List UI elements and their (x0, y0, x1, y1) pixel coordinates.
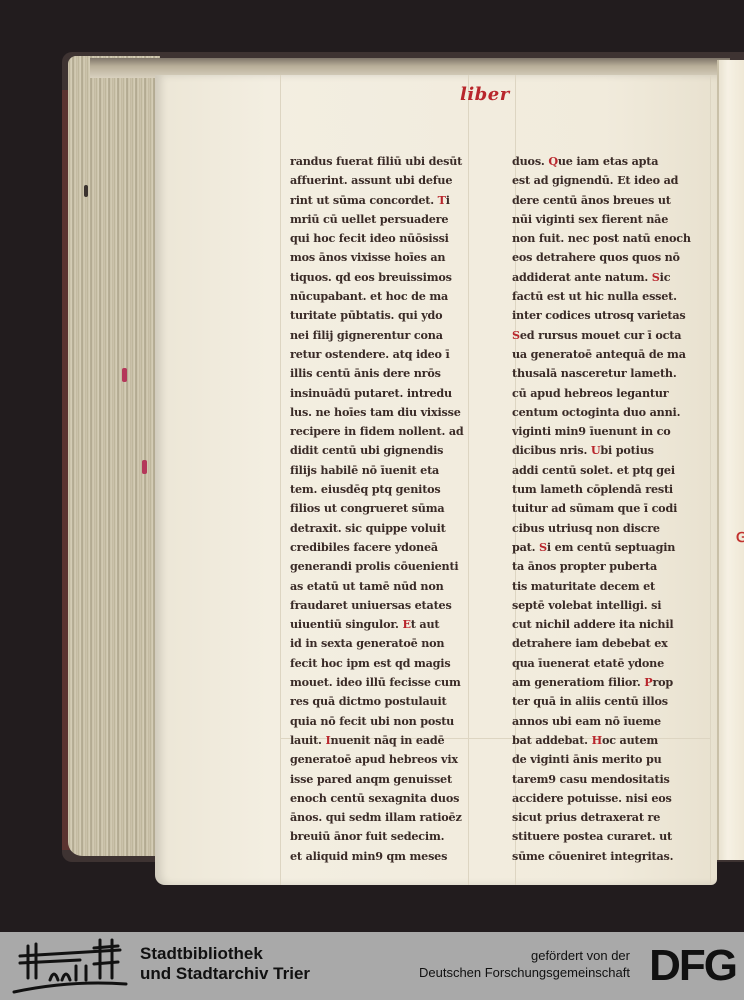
manuscript-line: septē volebat intelligi. si (512, 596, 727, 615)
manuscript-line: cū apud hebreos legantur (512, 384, 727, 403)
dfg-logo: DFG (649, 942, 736, 990)
text-column-right: duos. Que iam etas aptaest ad gignendū. … (512, 152, 727, 866)
manuscript-line: mouet. ideo illū fecisse cum (290, 673, 505, 692)
manuscript-line: dere centū ānos breues ut (512, 191, 727, 210)
manuscript-line: breuiū ānor fuit sedecim. (290, 827, 505, 846)
rubric-initial: E (402, 617, 410, 631)
manuscript-line: centum octoginta duo anni. (512, 403, 727, 422)
manuscript-line: inter codices utrosq varietas (512, 306, 727, 325)
manuscript-line: ānos. qui sedm illam ratioēz (290, 808, 505, 827)
rubric-initial: T (438, 193, 446, 207)
manuscript-line: est ad gignendū. Et ideo ad (512, 171, 727, 190)
footer-banner: Stadtbibliothek und Stadtarchiv Trier ge… (0, 932, 744, 1000)
manuscript-line: generandi prolis cōuenienti (290, 557, 505, 576)
rubric-initial: U (591, 443, 601, 457)
manuscript-line: qui hoc fecit ideo nūōsissi (290, 229, 505, 248)
manuscript-line: am generatiom filior. Prop (512, 673, 727, 692)
manuscript-line: accidere potuisse. nisi eos (512, 789, 727, 808)
manuscript-line: quia nō fecit ubi non postu (290, 712, 505, 731)
manuscript-line: res quā dictmo postulauit (290, 692, 505, 711)
funding-credit: gefördert von der Deutschen Forschungsge… (419, 947, 630, 981)
manuscript-line: affuerint. assunt ubi defue (290, 171, 505, 190)
manuscript-line: tum lameth cōplendā resti (512, 480, 727, 499)
facing-page-rubric: 𝖦 (736, 530, 744, 546)
clasp-marker (84, 185, 88, 197)
manuscript-line: nūi viginti sex fierent nāe (512, 210, 727, 229)
manuscript-line: de viginti ānis merito pu (512, 750, 727, 769)
funding-credit-line2: Deutschen Forschungsgemeinschaft (419, 964, 630, 981)
manuscript-line: mriū cū uellet persuadere (290, 210, 505, 229)
page-block-edges (68, 56, 160, 856)
manuscript-line: sicut prius detraxerat re (512, 808, 727, 827)
rubric-initial: P (644, 675, 652, 689)
manuscript-line: tis maturitate decem et (512, 577, 727, 596)
manuscript-line: non fuit. nec post natū enoch (512, 229, 727, 248)
manuscript-line: cibus utriusq non discre (512, 519, 727, 538)
manuscript-line: detraxit. sic quippe voluit (290, 519, 505, 538)
running-head: liber (460, 84, 510, 105)
manuscript-line: didit centū ubi gignendis (290, 441, 505, 460)
rubric-initial: H (592, 733, 602, 747)
manuscript-line: ua generatoē antequā de ma (512, 345, 727, 364)
manuscript-line: filijs habilē nō īuenit eta (290, 461, 505, 480)
manuscript-line: annos ubi eam nō īueme (512, 712, 727, 731)
manuscript-line: rint ut sūma concordet. Ti (290, 191, 505, 210)
red-tab-marker (142, 460, 147, 474)
manuscript-line: ter quā in aliis centū illos (512, 692, 727, 711)
manuscript-line: qua īuenerat etatē ydone (512, 654, 727, 673)
manuscript-line: addiderat ante natum. Sic (512, 268, 727, 287)
manuscript-line: uiuentiū singulor. Et aut (290, 615, 505, 634)
library-name-line1: Stadtbibliothek (140, 944, 310, 964)
rubric-initial: S (512, 328, 520, 342)
manuscript-scan: 𝖦 liber randus fuerat filiū ubi desūtaff… (0, 0, 744, 932)
manuscript-line: mos ānos vixisse hoīes an (290, 248, 505, 267)
manuscript-line: tuitur ad sūmam que ī codi (512, 499, 727, 518)
manuscript-line: tem. eiusdēq ptq genitos (290, 480, 505, 499)
manuscript-line: addi centū solet. et ptq gei (512, 461, 727, 480)
manuscript-line: Sed rursus mouet cur ī octa (512, 326, 727, 345)
manuscript-line: isse pared anqm genuisset (290, 770, 505, 789)
manuscript-line: tiquos. qd eos breuissimos (290, 268, 505, 287)
rubric-initial: S (539, 540, 547, 554)
manuscript-line: pat. Si em centū septuagin (512, 538, 727, 557)
funding-credit-line1: gefördert von der (419, 947, 630, 964)
manuscript-line: as etatū ut tamē nūd non (290, 577, 505, 596)
manuscript-line: tarem9 casu mendositatis (512, 770, 727, 789)
manuscript-line: detrahere iam debebat ex (512, 634, 727, 653)
manuscript-line: lus. ne hoīes tam diu vixisse (290, 403, 505, 422)
stadtbibliothek-logo-icon (10, 936, 130, 996)
rubric-initial: I (325, 733, 330, 747)
manuscript-line: dicibus nris. Ubi potius (512, 441, 727, 460)
library-name: Stadtbibliothek und Stadtarchiv Trier (140, 944, 310, 984)
manuscript-line: credibiles facere ydoneā (290, 538, 505, 557)
manuscript-line: fecit hoc ipm est qd magis (290, 654, 505, 673)
manuscript-line: et aliquid min9 qm meses (290, 847, 505, 866)
manuscript-line: lauit. Inuenit nāq in eadē (290, 731, 505, 750)
manuscript-line: eos detrahere quos quos nō (512, 248, 727, 267)
manuscript-line: randus fuerat filiū ubi desūt (290, 152, 505, 171)
rubric-initial: Q (548, 154, 558, 168)
text-column-left: randus fuerat filiū ubi desūtaffuerint. … (290, 152, 505, 866)
manuscript-line: nei filij gignerentur cona (290, 326, 505, 345)
manuscript-line: enoch centū sexagnita duos (290, 789, 505, 808)
red-tab-marker (122, 368, 127, 382)
manuscript-line: bat addebat. Hoc autem (512, 731, 727, 750)
manuscript-line: duos. Que iam etas apta (512, 152, 727, 171)
manuscript-line: retur ostendere. atq ideo ī (290, 345, 505, 364)
rubric-initial: S (652, 270, 660, 284)
manuscript-line: stituere postea curaret. ut (512, 827, 727, 846)
manuscript-line: insinuādū putaret. intredu (290, 384, 505, 403)
manuscript-line: filios ut congrueret sūma (290, 499, 505, 518)
manuscript-line: id in sexta generatoē non (290, 634, 505, 653)
manuscript-line: thusalā nasceretur lameth. (512, 364, 727, 383)
manuscript-line: cut nichil addere ita nichil (512, 615, 727, 634)
manuscript-line: fraudaret uniuersas etates (290, 596, 505, 615)
manuscript-line: viginti min9 īuenunt in co (512, 422, 727, 441)
manuscript-line: recipere in fidem nollent. ad (290, 422, 505, 441)
manuscript-line: illis centū ānis dere nrōs (290, 364, 505, 383)
library-name-line2: und Stadtarchiv Trier (140, 964, 310, 984)
ruling-line (280, 75, 281, 885)
manuscript-line: nūcupabant. et hoc de ma (290, 287, 505, 306)
manuscript-line: ta ānos propter puberta (512, 557, 727, 576)
manuscript-line: turitate pūbtatis. qui ydo (290, 306, 505, 325)
manuscript-line: generatoē apud hebreos vix (290, 750, 505, 769)
manuscript-line: factū est ut hic nulla esset. (512, 287, 727, 306)
manuscript-line: sūme cōueniret integritas. (512, 847, 727, 866)
